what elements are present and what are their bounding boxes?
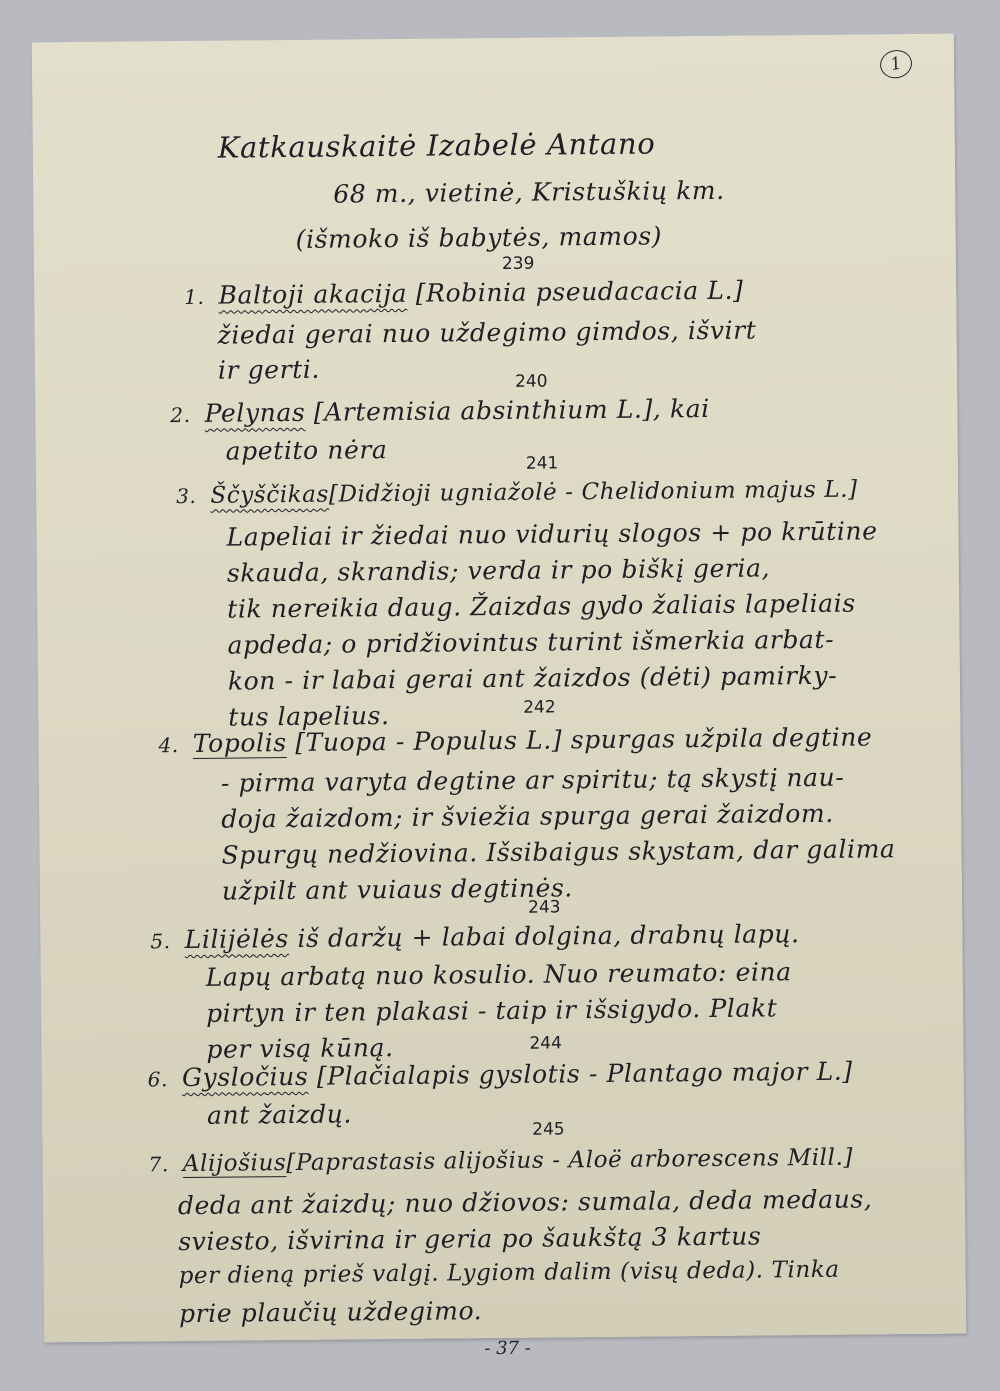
entry-line: sviesto, išvirina ir geria po šaukštą 3 …: [178, 1222, 761, 1257]
plant-name: Ščyščikas: [210, 482, 329, 509]
plant-name: Baltoji akacija: [218, 279, 407, 310]
entry-marker: 6.: [148, 1067, 169, 1091]
entry-heading: 4.Topolis [Tuopa - Populus L.] spurgas u…: [158, 722, 872, 758]
entry-number: 244: [529, 1033, 562, 1053]
entry-line: per visą kūną.: [206, 1033, 393, 1064]
entry-line: skauda, skrandis; verda ir po biškį geri…: [227, 553, 771, 587]
entry-number: 239: [502, 254, 535, 274]
latin-name: [Tuopa - Populus L.]: [295, 725, 562, 757]
entry-line: ant žaizdų.: [207, 1099, 352, 1129]
entry-line: per dieną prieš valgį. Lygiom dalim (vis…: [179, 1257, 840, 1289]
entry-line: apdeda; o pridžiovintus turint išmerkia …: [227, 625, 834, 660]
entry-line: Lapeliai ir žiedai nuo vidurių slogos + …: [226, 516, 877, 551]
plant-name: Topolis: [193, 728, 287, 758]
entry-number: 241: [526, 453, 559, 473]
entry-line: Spurgų nedžiovina. Išsibaigus skystam, d…: [221, 834, 895, 869]
plant-name: Gysločius: [182, 1062, 309, 1092]
latin-name: [Didžioji ugniažolė - Chelidonium majus …: [329, 477, 858, 508]
informant-details: 68 m., vietinė, Kristuškių km.: [333, 176, 725, 209]
entry-line: - pirma varyta degtine ar spiritu; tą sk…: [221, 763, 845, 798]
entry-marker: 2.: [170, 403, 191, 427]
entry-line: kon - ir labai gerai ant žaizdos (dėti) …: [228, 661, 838, 696]
entry-line: doja žaizdom; ir šviežia spurga gerai ža…: [221, 799, 834, 834]
entry-heading: 1.Baltoji akacija [Robinia pseudacacia L…: [184, 276, 743, 310]
entry-line: tik nereikia daug. Žaizdas gydo žaliais …: [227, 589, 856, 624]
entry-line: apetito nėra: [226, 435, 388, 466]
entry-marker: 3.: [176, 484, 197, 508]
plant-name: Pelynas: [205, 398, 306, 428]
entry-line: prie plaučių uždegimo.: [179, 1296, 483, 1328]
plant-name: Alijošius: [183, 1150, 287, 1177]
entry-line: užpilt ant vuiaus degtinės.: [222, 873, 573, 905]
latin-name: [Artemisia absinthium L.], kai: [314, 394, 710, 427]
entry-number: 240: [515, 372, 548, 392]
manuscript-page: 1 Katkauskaitė Izabelė Antano 68 m., vie…: [32, 34, 966, 1343]
entry-number: 245: [532, 1119, 565, 1139]
entry-marker: 1.: [184, 285, 205, 309]
latin-name: [Paprastasis alijošius - Aloë arborescen…: [286, 1145, 853, 1176]
entry-marker: 4.: [158, 733, 179, 757]
entry-number: 242: [523, 697, 556, 717]
entry-text: spurgas užpila degtine: [571, 722, 873, 754]
entry-heading: 3.Ščyščikas[Didžioji ugniažolė - Chelido…: [176, 477, 858, 510]
latin-name: [Robinia pseudacacia L.]: [416, 276, 744, 308]
latin-name: [Plačialapis gyslotis - Plantago major L…: [317, 1057, 853, 1091]
entry-line: ir gerti.: [218, 355, 320, 385]
entry-number: 243: [528, 897, 561, 917]
plant-name: Lilijėlės: [185, 924, 289, 954]
entry-heading: 6.Gysločius [Plačialapis gyslotis - Plan…: [148, 1057, 853, 1093]
informant-name: Katkauskaitė Izabelė Antano: [218, 126, 656, 164]
entry-line: žiedai gerai nuo uždegimo gimdos, išvirt: [217, 316, 756, 350]
entry-line: pirtyn ir ten plakasi - taip ir išsigydo…: [206, 993, 778, 1027]
entry-heading: 2.Pelynas [Artemisia absinthium L.], kai: [170, 394, 710, 428]
entry-heading: 5.Lilijėlės iš daržų + labai dolgina, dr…: [150, 919, 799, 954]
entry-text: iš daržų + labai dolgina, drabnų lapų.: [297, 919, 799, 953]
sheet-number-circle: 1: [877, 47, 914, 81]
entry-heading: 7.Alijošius[Paprastasis alijošius - Aloë…: [148, 1145, 853, 1178]
entry-marker: 7.: [148, 1152, 169, 1176]
entry-line: deda ant žaizdų; nuo džiovos: sumala, de…: [178, 1184, 873, 1220]
entry-marker: 5.: [150, 929, 171, 953]
entry-line: Lapų arbatą nuo kosulio. Nuo reumato: ei…: [206, 957, 792, 992]
page-number: - 37 -: [484, 1338, 531, 1359]
informant-source: (išmoko iš babytės, mamos): [296, 221, 663, 254]
